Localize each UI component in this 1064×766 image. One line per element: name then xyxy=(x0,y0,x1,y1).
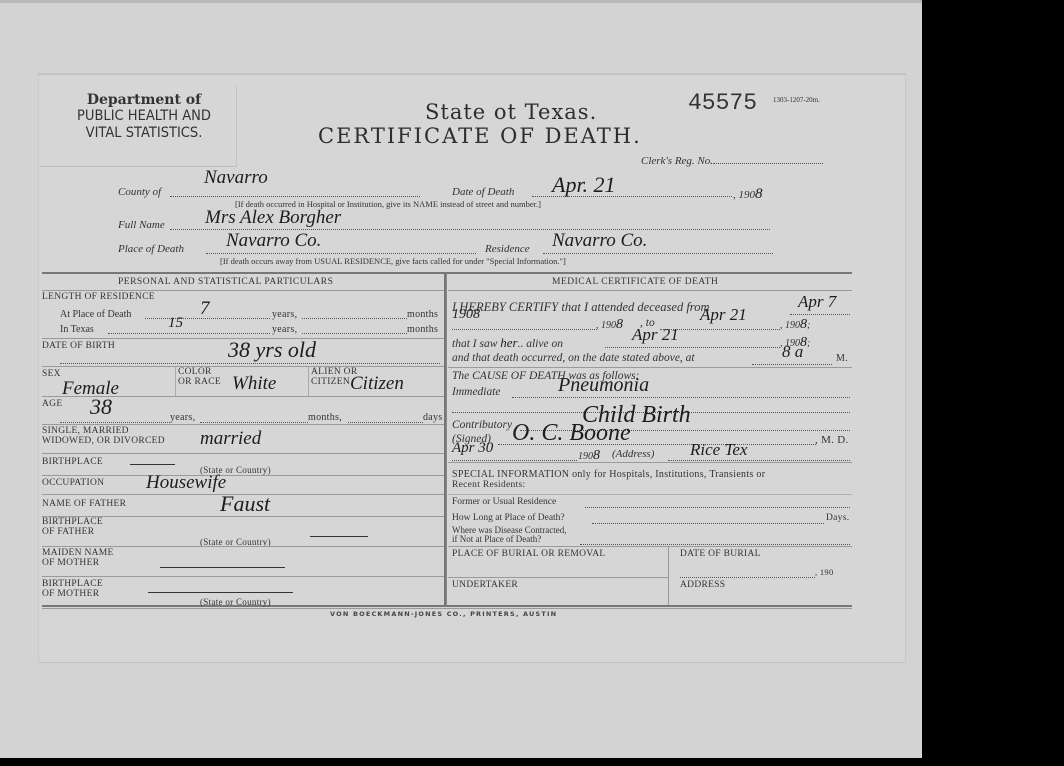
rule xyxy=(42,546,444,547)
color-value: White xyxy=(232,373,276,395)
county-value: Navarro xyxy=(204,167,268,189)
rule xyxy=(42,475,444,476)
certificate-title: CERTIFICATE OF DEATH. xyxy=(318,124,642,148)
clerk-reg-label: Clerk's Reg. No. xyxy=(641,155,823,167)
immediate-label: Immediate xyxy=(452,386,501,398)
dash xyxy=(148,592,293,593)
address-label: (Address) xyxy=(612,448,654,460)
place-of-death-label: Place of Death xyxy=(118,243,184,255)
certify-text: I HEREBY CERTIFY that I attended decease… xyxy=(452,300,709,315)
address-value: Rice Tex xyxy=(690,440,747,460)
saw-alive-text: that I saw her.. alive on xyxy=(452,335,563,351)
state-title: State ot Texas. xyxy=(425,100,597,124)
rule xyxy=(42,366,444,367)
dash xyxy=(130,464,175,465)
residence-note: [If death occurs away from USUAL RESIDEN… xyxy=(220,256,566,266)
in-texas-years: 15 xyxy=(168,315,183,332)
rule xyxy=(448,290,852,291)
days-label: Days. xyxy=(826,513,849,523)
state-or-country: (State or Country) xyxy=(200,597,271,607)
signed-date-value: Apr 30 xyxy=(452,440,493,457)
age-value: 38 xyxy=(90,394,112,420)
column-divider-2 xyxy=(446,273,447,606)
date-of-death-value: Apr. 21 xyxy=(552,172,616,198)
dash xyxy=(160,567,285,568)
date-of-death-year: , 1908 xyxy=(733,186,763,203)
year-1908: , 1908; xyxy=(780,317,810,333)
months-label: months xyxy=(407,309,438,320)
birthplace-label: BIRTHPLACE xyxy=(42,457,103,467)
rule xyxy=(42,424,444,425)
rule xyxy=(42,290,444,291)
color-race-label: COLOROR RACE xyxy=(178,368,221,387)
printer-credit: VON BOECKMANN-JONES CO., PRINTERS, AUSTI… xyxy=(330,610,557,618)
residence-label: Residence xyxy=(485,243,530,255)
at-place-label: At Place of Death xyxy=(60,309,131,320)
rule xyxy=(448,367,852,368)
signed-value: O. C. Boone xyxy=(512,420,631,447)
how-long-label: How Long at Place of Death? xyxy=(452,513,565,523)
months-label: months xyxy=(407,324,438,335)
date-of-birth-label: DATE OF BIRTH xyxy=(42,341,115,351)
rule xyxy=(448,546,852,547)
marital-value: married xyxy=(200,428,261,450)
md-label: , M. D. xyxy=(815,434,849,446)
special-info-title-2: Recent Residents: xyxy=(452,480,525,490)
department-block: Department of PUBLIC HEALTH AND VITAL ST… xyxy=(52,92,236,141)
medical-section-title: MEDICAL CERTIFICATE OF DEATH xyxy=(552,277,718,287)
special-info-title: SPECIAL INFORMATION only for Hospitals, … xyxy=(452,469,765,480)
section-bottom-rule-2 xyxy=(42,608,852,609)
saw-alive-value: Apr 21 xyxy=(632,325,679,345)
rule xyxy=(42,576,444,577)
residence-value: Navarro Co. xyxy=(552,230,647,252)
form-code: 1303-1207-20m. xyxy=(773,96,820,104)
rule xyxy=(42,453,444,454)
department-line-2: PUBLIC HEALTH AND xyxy=(61,108,227,125)
attended-from-year: 1908 xyxy=(452,307,480,323)
alien-value: Citizen xyxy=(350,373,404,395)
death-occurred-text: and that death occurred, on the date sta… xyxy=(452,352,695,364)
rule xyxy=(448,577,668,578)
burial-year: , 190 xyxy=(815,567,834,577)
length-residence-label: LENGTH OF RESIDENCE xyxy=(42,292,155,302)
rule xyxy=(308,366,309,396)
undertaker-label: UNDERTAKER xyxy=(452,580,518,590)
burial-date-label: DATE OF BURIAL xyxy=(680,549,761,559)
age-months-label: months, xyxy=(308,412,342,423)
certificate-number: 45575 xyxy=(688,90,757,116)
immediate-value: Pneumonia xyxy=(558,374,649,397)
in-texas-label: In Texas xyxy=(60,324,94,335)
undertaker-address-label: ADDRESS xyxy=(680,580,725,590)
where-contracted-label: Where was Disease Contracted,if Not at P… xyxy=(452,526,566,544)
department-line-1: Department of xyxy=(52,92,236,108)
father-birthplace-label: BIRTHPLACEOF FATHER xyxy=(42,518,103,537)
rule xyxy=(448,462,852,463)
mother-maiden-label: MAIDEN NAMEOF MOTHER xyxy=(42,549,114,568)
age-label: AGE xyxy=(42,399,62,409)
date-of-birth-value: 38 yrs old xyxy=(228,337,316,363)
date-of-death-label: Date of Death xyxy=(452,186,514,198)
attended-from-value: Apr 7 xyxy=(798,292,836,312)
at-place-years: 7 xyxy=(200,298,210,320)
personal-section-title: PERSONAL AND STATISTICAL PARTICULARS xyxy=(118,277,333,287)
sex-label: SEX xyxy=(42,369,61,379)
occupation-value: Housewife xyxy=(146,472,226,494)
age-years-label: years, xyxy=(170,412,195,423)
father-name-value: Faust xyxy=(220,491,270,517)
rule xyxy=(668,547,669,605)
mother-birthplace-label: BIRTHPLACEOF MOTHER xyxy=(42,580,103,599)
occupation-label: OCCUPATION xyxy=(42,478,104,488)
year-1908: , 1908 xyxy=(596,317,623,333)
rule xyxy=(175,366,176,396)
attended-to-value: Apr 21 xyxy=(700,305,747,325)
burial-place-label: PLACE OF BURIAL OR REMOVAL xyxy=(452,549,605,559)
rule xyxy=(448,494,852,495)
full-name-value: Mrs Alex Borgher xyxy=(205,207,341,229)
death-time-value: 8 a xyxy=(782,342,803,362)
marital-label: SINGLE, MARRIEDWIDOWED, OR DIVORCED xyxy=(42,427,165,447)
full-name-label: Full Name xyxy=(118,219,165,231)
section-bottom-rule xyxy=(42,605,852,607)
years-label: years, xyxy=(272,309,297,320)
death-time-suffix: M. xyxy=(836,353,848,364)
contributory-label: Contributory xyxy=(452,419,512,431)
years-label: years, xyxy=(272,324,297,335)
county-label: County of xyxy=(118,186,161,198)
department-line-3: VITAL STATISTICS. xyxy=(61,125,227,142)
age-days-label: days xyxy=(423,412,443,423)
former-residence-label: Former or Usual Residence xyxy=(452,497,556,507)
father-name-label: NAME OF FATHER xyxy=(42,499,126,509)
place-of-death-value: Navarro Co. xyxy=(226,230,321,252)
dash xyxy=(310,536,368,537)
section-top-rule xyxy=(42,272,852,274)
